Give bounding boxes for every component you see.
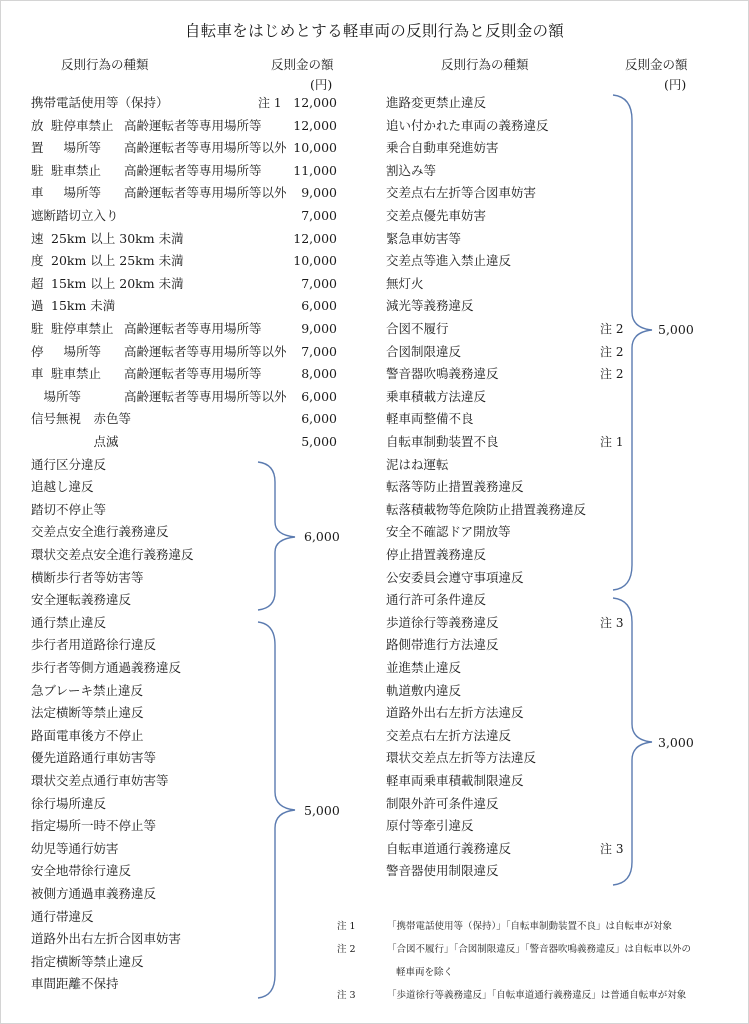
footnote-mark: 注 3 <box>337 987 356 1001</box>
footnote-mark: 注 1 <box>337 918 356 932</box>
brace-graphics <box>0 0 749 1024</box>
footnote-text: 「合図不履行」「合図制限違反」「警音器吹鳴義務違反」は自転車以外の <box>387 941 691 955</box>
footnote-text: 軽車両を除く <box>396 964 453 978</box>
brace-left-5000-icon <box>258 622 295 998</box>
brace-right-5000-icon <box>613 95 652 590</box>
footnote-text: 「携帯電話使用等（保持）」「自転車制動装置不良」は自転車が対象 <box>387 918 672 932</box>
footnote-text: 「歩道徐行等義務違反」「自転車道通行義務違反」は普通自転車が対象 <box>387 987 686 1001</box>
brace-right-3000-icon <box>613 598 652 885</box>
brace-left-6000-icon <box>258 462 295 610</box>
footnote-mark: 注 2 <box>337 941 356 955</box>
